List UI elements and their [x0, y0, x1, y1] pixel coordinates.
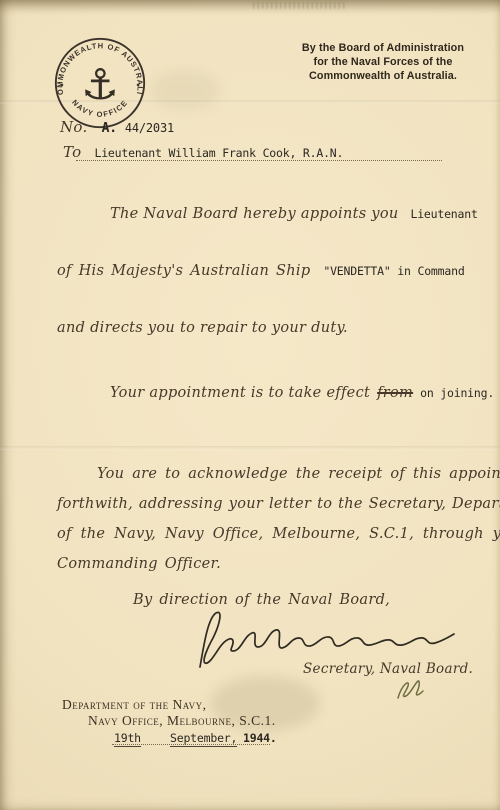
date-day: 19th — [114, 731, 141, 747]
fold-crease — [0, 446, 500, 450]
effect-struck-word: from — [377, 385, 413, 401]
ack-line: forthwith, addressing your letter to the… — [57, 496, 500, 512]
body-line-2-printed: of His Majesty's Australian Ship — [57, 263, 310, 279]
issuer-line: Commonwealth of Australia. — [300, 69, 466, 83]
addressee-label: To — [63, 143, 81, 161]
addressee-fill-rule — [76, 160, 442, 161]
paper-stain — [150, 70, 220, 110]
ack-line: of the Navy, Navy Office, Melbourne, S.C… — [57, 526, 500, 542]
issuer-line: By the Board of Administration — [300, 41, 466, 55]
pencil-initials-ink — [393, 676, 429, 704]
anchor-icon: ⚓ — [81, 60, 119, 109]
body-line-2: of His Majesty's Australian Ship "VENDET… — [57, 263, 465, 279]
seal-graphic: COMMONWEALTH OF AUSTRALIA NAVY OFFICE ⚓ — [53, 36, 147, 130]
body-line-1-printed: The Naval Board hereby appoints you — [110, 206, 399, 222]
pencil-initials — [393, 676, 429, 704]
secretary-title: Secretary, Naval Board. — [303, 661, 473, 677]
footer-department-line: Department of the Navy, — [62, 697, 206, 713]
navy-office-seal: COMMONWEALTH OF AUSTRALIA NAVY OFFICE ⚓ — [53, 36, 147, 130]
body-line-1-typed: Lieutenant — [410, 207, 477, 221]
signature-ink — [192, 606, 460, 668]
reference-series: A. — [102, 121, 117, 136]
effect-typed: on joining. — [420, 386, 494, 400]
body-line-2-typed: "VENDETTA" in Command — [323, 264, 464, 278]
ack-line: Commanding Officer. — [57, 556, 221, 572]
paper-top-shadow — [0, 0, 500, 14]
footer-office-line: Navy Office, Melbourne, S.C.1. — [88, 713, 276, 729]
issuer-block: By the Board of Administration for the N… — [300, 41, 466, 83]
body-line-3: and directs you to repair to your duty. — [57, 320, 348, 336]
issuer-line: for the Naval Forces of the — [300, 55, 466, 69]
effect-line: Your appointment is to take effectfromon… — [110, 385, 494, 401]
reference-number: 44/2031 — [125, 121, 174, 135]
date-year: 1944. — [243, 731, 277, 745]
addressee-name: Lieutenant William Frank Cook, R.A.N. — [94, 146, 343, 160]
letter-document: COMMONWEALTH OF AUSTRALIA NAVY OFFICE ⚓ … — [0, 0, 500, 810]
reference-label: No. — [60, 118, 88, 136]
reference-line: No. A. 44/2031 — [60, 118, 174, 137]
faint-stamp-mark — [253, 2, 345, 9]
signature-scrawl — [192, 606, 460, 668]
effect-printed: Your appointment is to take effect — [110, 385, 370, 401]
body-line-1: The Naval Board hereby appoints you Lieu… — [110, 206, 478, 222]
date-month: September, — [170, 731, 237, 747]
ack-line: You are to acknowledge the receipt of th… — [97, 466, 500, 482]
